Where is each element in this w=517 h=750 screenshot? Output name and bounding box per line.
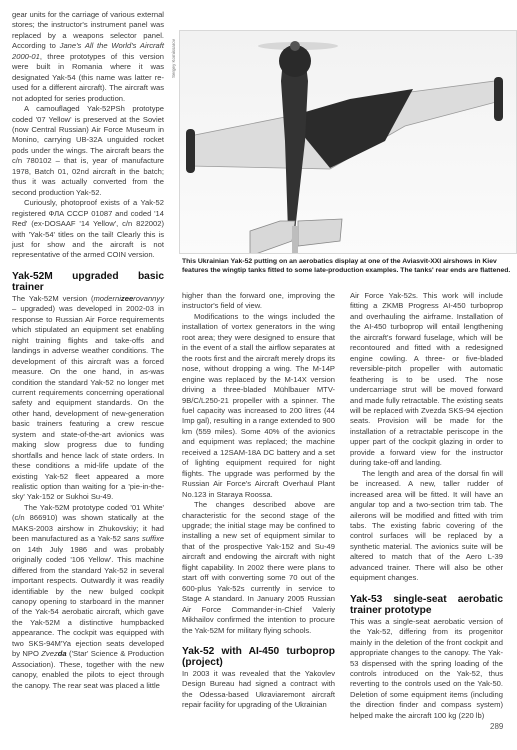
paragraph: Air Force Yak-52s. This work will includ… <box>350 291 503 469</box>
paragraph: A camouflaged Yak-52PSh prototype coded … <box>12 104 164 198</box>
text: rovannyy <box>133 294 164 303</box>
aircraft-photo <box>179 30 517 254</box>
section-heading: Yak-53 single-seat aerobatic trainer pro… <box>350 594 503 617</box>
paragraph: The Yak-52M prototype coded '01 White' (… <box>12 503 164 691</box>
photo-credit: Sergey Komissarov <box>169 30 178 78</box>
text: moderni <box>93 294 120 303</box>
paragraph: This was a single-seat aerobatic version… <box>350 617 503 722</box>
text: sans suffixe <box>123 534 164 543</box>
text: Zvez <box>41 649 57 658</box>
paragraph: The Yak-52M version (modernizeerovannyy … <box>12 294 164 503</box>
text: da <box>58 649 67 658</box>
page-number: 289 <box>490 722 503 731</box>
paragraph: higher than the forward one, improving t… <box>182 291 335 312</box>
text: – upgraded) was developed in 2002-03 in … <box>12 304 164 501</box>
text-column-2: higher than the forward one, improving t… <box>182 291 335 711</box>
text: zee <box>121 294 133 303</box>
paragraph: Modifications to the wings included the … <box>182 312 335 500</box>
photo-caption: This Ukrainian Yak-52 putting on an aero… <box>182 257 512 276</box>
paragraph: Curiously, photoproof exists of a Yak-52… <box>12 198 164 261</box>
text-column-3: Air Force Yak-52s. This work will includ… <box>350 291 503 721</box>
paragraph: In 2003 it was revealed that the Yakovle… <box>182 669 335 711</box>
paragraph: The changes described above are characte… <box>182 500 335 636</box>
section-heading: Yak-52M upgraded basic trainer <box>12 271 164 294</box>
paragraph: gear units for the carriage of various e… <box>12 10 164 104</box>
yak52-aircraft-illustration <box>180 31 516 253</box>
text: on 14th July 1986 and was probably origi… <box>12 545 164 659</box>
text: The Yak-52M version ( <box>12 294 93 303</box>
paragraph: The length and area of the dorsal fin wi… <box>350 469 503 584</box>
text-column-1: gear units for the carriage of various e… <box>12 10 164 691</box>
section-heading: Yak-52 with AI-450 turboprop (project) <box>182 646 335 669</box>
